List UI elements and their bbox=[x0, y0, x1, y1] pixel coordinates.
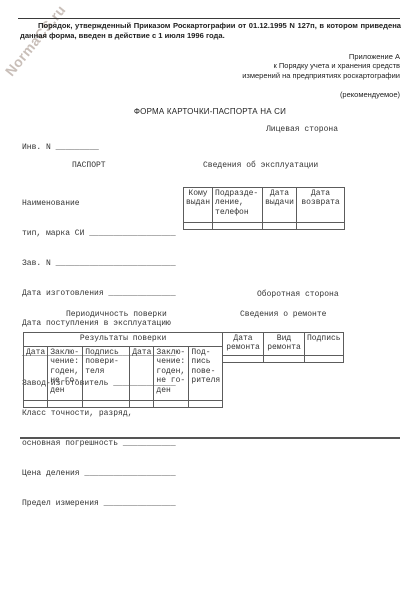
empty-cell bbox=[223, 356, 264, 363]
col-date-1: Дата bbox=[24, 347, 48, 401]
verification-table-title-row: Результаты поверки bbox=[24, 333, 223, 347]
verification-table-title: Результаты поверки bbox=[24, 333, 223, 347]
appendix-line: к Порядку учета и хранения средств bbox=[242, 61, 400, 70]
site-watermark: NormaCS.ru bbox=[2, 2, 69, 79]
appendix-line: Приложение А bbox=[242, 52, 400, 61]
empty-cell bbox=[130, 401, 154, 408]
exploitation-table: Кому выдан Подразде- ление, телефон Дата… bbox=[183, 187, 345, 230]
col-repair-type: Вид ремонта bbox=[264, 333, 305, 356]
field-line-basic-error: основная погрешность ___________ bbox=[22, 439, 176, 449]
empty-cell bbox=[264, 356, 305, 363]
inventory-number-line: Инв. N _________ bbox=[22, 143, 99, 152]
repair-table-empty-row bbox=[223, 356, 344, 363]
field-line-accuracy-class: Класс точности, разряд, bbox=[22, 409, 176, 419]
recommended-label: (рекомендуемое) bbox=[340, 90, 400, 99]
field-line-serial: Зав. N _________________________ bbox=[22, 259, 176, 269]
col-verifier-signature-1: Подпись повери- теля bbox=[83, 347, 130, 401]
exploitation-table-empty-row bbox=[184, 223, 345, 230]
exploitation-section-title: Сведения об эксплуатации bbox=[203, 161, 318, 170]
empty-cell bbox=[154, 401, 189, 408]
empty-cell bbox=[48, 401, 83, 408]
col-verifier-signature-2: Под- пись пове- рителя bbox=[189, 347, 223, 401]
empty-cell bbox=[189, 401, 223, 408]
repair-info-heading: Сведения о ремонте bbox=[240, 310, 326, 319]
field-line-name: Наименование bbox=[22, 199, 176, 209]
col-signature: Подпись bbox=[305, 333, 344, 356]
col-conclusion-1: Заклю- чение: годен, не го- ден bbox=[48, 347, 83, 401]
appendix-line: измерений на предприятиях роскартографии bbox=[242, 71, 400, 80]
col-repair-date: Дата ремонта bbox=[223, 333, 264, 356]
empty-cell bbox=[213, 223, 263, 230]
form-title: ФОРМА КАРТОЧКИ-ПАСПОРТА НА СИ bbox=[0, 107, 420, 116]
col-department-phone: Подразде- ление, телефон bbox=[213, 188, 263, 223]
empty-cell bbox=[263, 223, 297, 230]
empty-cell bbox=[297, 223, 345, 230]
verification-periodicity-heading: Периодичность поверки bbox=[66, 310, 167, 319]
repair-table: Дата ремонта Вид ремонта Подпись bbox=[222, 332, 344, 363]
order-note-paragraph: Порядок, утвержденный Приказом Роскартог… bbox=[20, 21, 401, 40]
empty-cell bbox=[184, 223, 213, 230]
empty-cell bbox=[24, 401, 48, 408]
col-return-date: Дата возврата bbox=[297, 188, 345, 223]
field-line-commissioning-date: Дата поступления в эксплуатацию bbox=[22, 319, 176, 329]
field-line-manufacture-date: Дата изготовления ______________ bbox=[22, 289, 176, 299]
passport-section-title: ПАСПОРТ bbox=[72, 161, 106, 170]
appendix-block: Приложение А к Порядку учета и хранения … bbox=[242, 52, 400, 80]
field-line-type-mark: тип, марка СИ __________________ bbox=[22, 229, 176, 239]
repair-table-header: Дата ремонта Вид ремонта Подпись bbox=[223, 333, 344, 356]
document-page: NormaCS.ru Порядок, утвержденный Приказо… bbox=[0, 0, 420, 600]
verification-results-table: Результаты поверки Дата Заклю- чение: го… bbox=[23, 332, 223, 408]
col-conclusion-2: Заклю- чение: годен, не го- ден bbox=[154, 347, 189, 401]
front-side-label: Лицевая сторона bbox=[266, 125, 338, 134]
top-divider bbox=[18, 18, 400, 19]
col-date-2: Дата bbox=[130, 347, 154, 401]
empty-cell bbox=[305, 356, 344, 363]
field-line-scale-division: Цена деления ___________________ bbox=[22, 469, 176, 479]
empty-cell bbox=[83, 401, 130, 408]
col-issued-to: Кому выдан bbox=[184, 188, 213, 223]
verification-table-empty-row bbox=[24, 401, 223, 408]
back-side-label: Оборотная сторона bbox=[257, 290, 339, 299]
exploitation-table-header: Кому выдан Подразде- ление, телефон Дата… bbox=[184, 188, 345, 223]
verification-table-header: Дата Заклю- чение: годен, не го- ден Под… bbox=[24, 347, 223, 401]
bottom-divider bbox=[20, 437, 400, 439]
col-issue-date: Дата выдачи bbox=[263, 188, 297, 223]
field-line-measuring-limit: Предел измерения _______________ bbox=[22, 499, 176, 509]
